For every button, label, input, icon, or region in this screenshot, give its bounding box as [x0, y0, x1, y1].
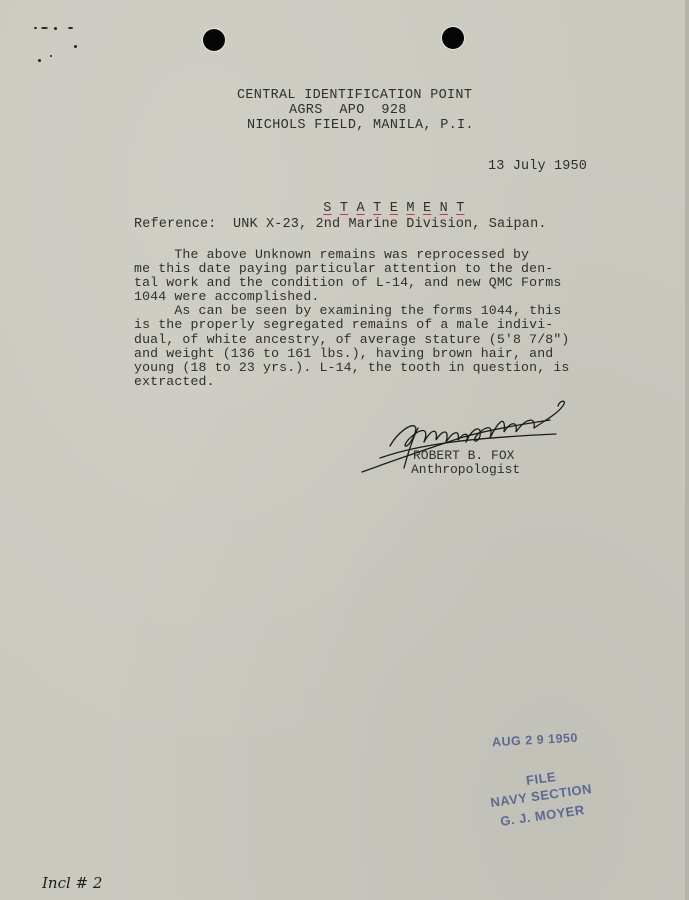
- body-line: extracted.: [134, 375, 215, 389]
- body-line: tal work and the condition of L-14, and …: [134, 276, 561, 290]
- document-date: 13 July 1950: [488, 160, 587, 174]
- body-line: me this date paying particular attention…: [134, 262, 553, 276]
- handwritten-enclosure-note: Incl # 2: [42, 874, 102, 892]
- received-date-stamp: AUG 2 9 1950: [492, 731, 579, 749]
- body-line: As can be seen by examining the forms 10…: [134, 304, 561, 318]
- file-stamp-line-1: FILE: [525, 769, 557, 788]
- body-line: is the properly segregated remains of a …: [134, 318, 553, 332]
- body-line: young (18 to 23 yrs.). L-14, the tooth i…: [134, 361, 569, 375]
- body-line: 1044 were accomplished.: [134, 290, 319, 304]
- document-page: CENTRAL IDENTIFICATION POINT AGRS APO 92…: [0, 0, 689, 900]
- header-line-1: CENTRAL IDENTIFICATION POINT: [237, 88, 472, 103]
- body-line: and weight (136 to 161 lbs.), having bro…: [134, 347, 553, 361]
- header-line-2: AGRS APO 928: [289, 103, 407, 118]
- header-line-3: NICHOLS FIELD, MANILA, P.I.: [247, 118, 474, 133]
- punch-hole-right: [442, 27, 464, 49]
- page-edge: [685, 0, 689, 900]
- signatory-title: Anthropologist: [411, 462, 520, 477]
- reference-line: Reference: UNK X-23, 2nd Marine Division…: [134, 218, 547, 232]
- punch-hole-left: [203, 29, 225, 51]
- body-line: dual, of white ancestry, of average stat…: [134, 333, 569, 347]
- body-line: The above Unknown remains was reprocesse…: [134, 248, 529, 262]
- signatory-name: ROBERT B. FOX: [413, 448, 514, 463]
